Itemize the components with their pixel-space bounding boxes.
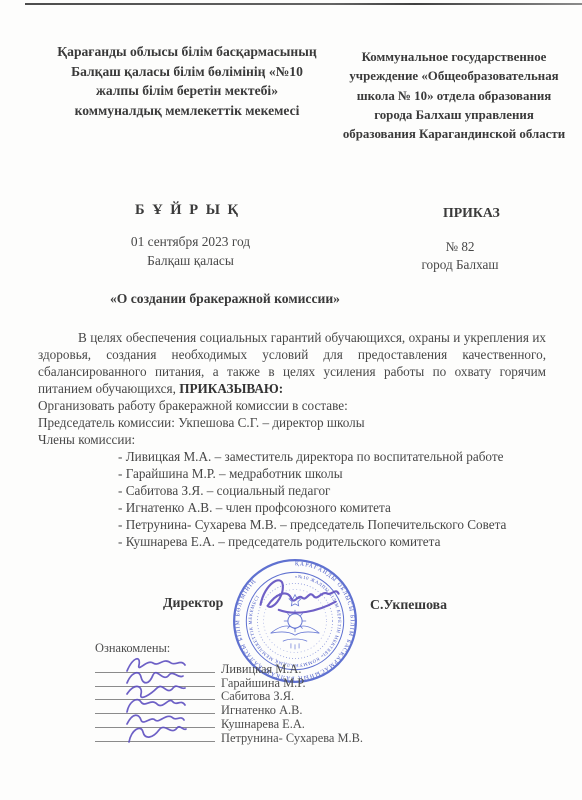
scan-artifact-line: [25, 3, 582, 5]
body-line-organize: Организовать работу бракеражной комиссии…: [38, 397, 546, 414]
director-name: С.Укпешова: [370, 597, 447, 613]
order-subject: «О создании бракеражной комиссии»: [110, 291, 340, 307]
order-date: 01 сентября 2023 год: [108, 233, 273, 252]
body-paragraph-intro: В целях обеспечения социальных гарантий …: [38, 330, 546, 396]
order-title-russian: ПРИКАЗ: [443, 205, 500, 221]
signature-line: [95, 716, 215, 728]
acknowledgement-row: Кушнарева Е.А.: [95, 716, 363, 730]
acknowledgement-row: Ливицкая М.А.: [95, 661, 363, 675]
member-item: - Игнатенко А.В. – член профсоюзного ком…: [118, 499, 546, 516]
body-directive: ПРИКАЗЫВАЮ:: [179, 381, 283, 396]
letterhead-russian: Коммунальное государственное учреждение …: [340, 48, 568, 144]
acknowledgement-row: Гарайшина М.Р.: [95, 675, 363, 689]
member-item: - Сабитова З.Я. – социальный педагог: [118, 482, 546, 499]
order-title-kazakh: Б Ұ Й Р Ы Қ: [135, 202, 240, 219]
order-date-block: 01 сентября 2023 год Балқаш қаласы: [108, 233, 273, 270]
body-paragraph: В целях обеспечения социальных гарантий …: [38, 329, 546, 397]
director-signature-scribble: [261, 580, 339, 612]
member-item: - Петрунина- Сухарева М.В. – председател…: [118, 516, 546, 533]
order-number: № 82: [395, 238, 525, 256]
order-place-kazakh: Балқаш қаласы: [108, 252, 273, 271]
signature-line: [95, 688, 215, 700]
member-item: - Кушнарева Е.А. – председатель родитель…: [118, 533, 546, 550]
acknowledgement-block: Ознакомлены: Ливицкая М.А. Гарайшина М.Р…: [95, 642, 363, 744]
members-list: - Ливицкая М.А. – заместитель директора …: [38, 448, 546, 550]
letterhead-kazakh: Қарағанды облысы білім басқармасының Бал…: [53, 42, 321, 120]
acknowledgement-row: Сабитова З.Я.: [95, 688, 363, 702]
document-page: Қарағанды облысы білім басқармасының Бал…: [0, 0, 582, 800]
signature-line: [95, 661, 215, 673]
acknowledgement-name: Петрунина- Сухарева М.В.: [221, 732, 363, 746]
signature-line: [95, 730, 215, 742]
body-line-chair: Председатель комиссии: Укпешова С.Г. – д…: [38, 414, 546, 431]
director-label: Директор: [163, 595, 223, 611]
body-members-label: Члены комиссии:: [38, 431, 546, 448]
acknowledgement-row: Петрунина- Сухарева М.В.: [95, 730, 363, 744]
acknowledgement-label: Ознакомлены:: [95, 642, 363, 656]
order-body: В целях обеспечения социальных гарантий …: [38, 329, 546, 550]
member-item: - Ливицкая М.А. – заместитель директора …: [118, 448, 546, 465]
signature-line: [95, 675, 215, 687]
order-place-russian: город Балхаш: [395, 256, 525, 274]
acknowledgement-row: Игнатенко А.В.: [95, 702, 363, 716]
signature-line: [95, 702, 215, 714]
member-item: - Гарайшина М.Р. – медработник школы: [118, 465, 546, 482]
order-number-block: № 82 город Балхаш: [395, 238, 525, 273]
